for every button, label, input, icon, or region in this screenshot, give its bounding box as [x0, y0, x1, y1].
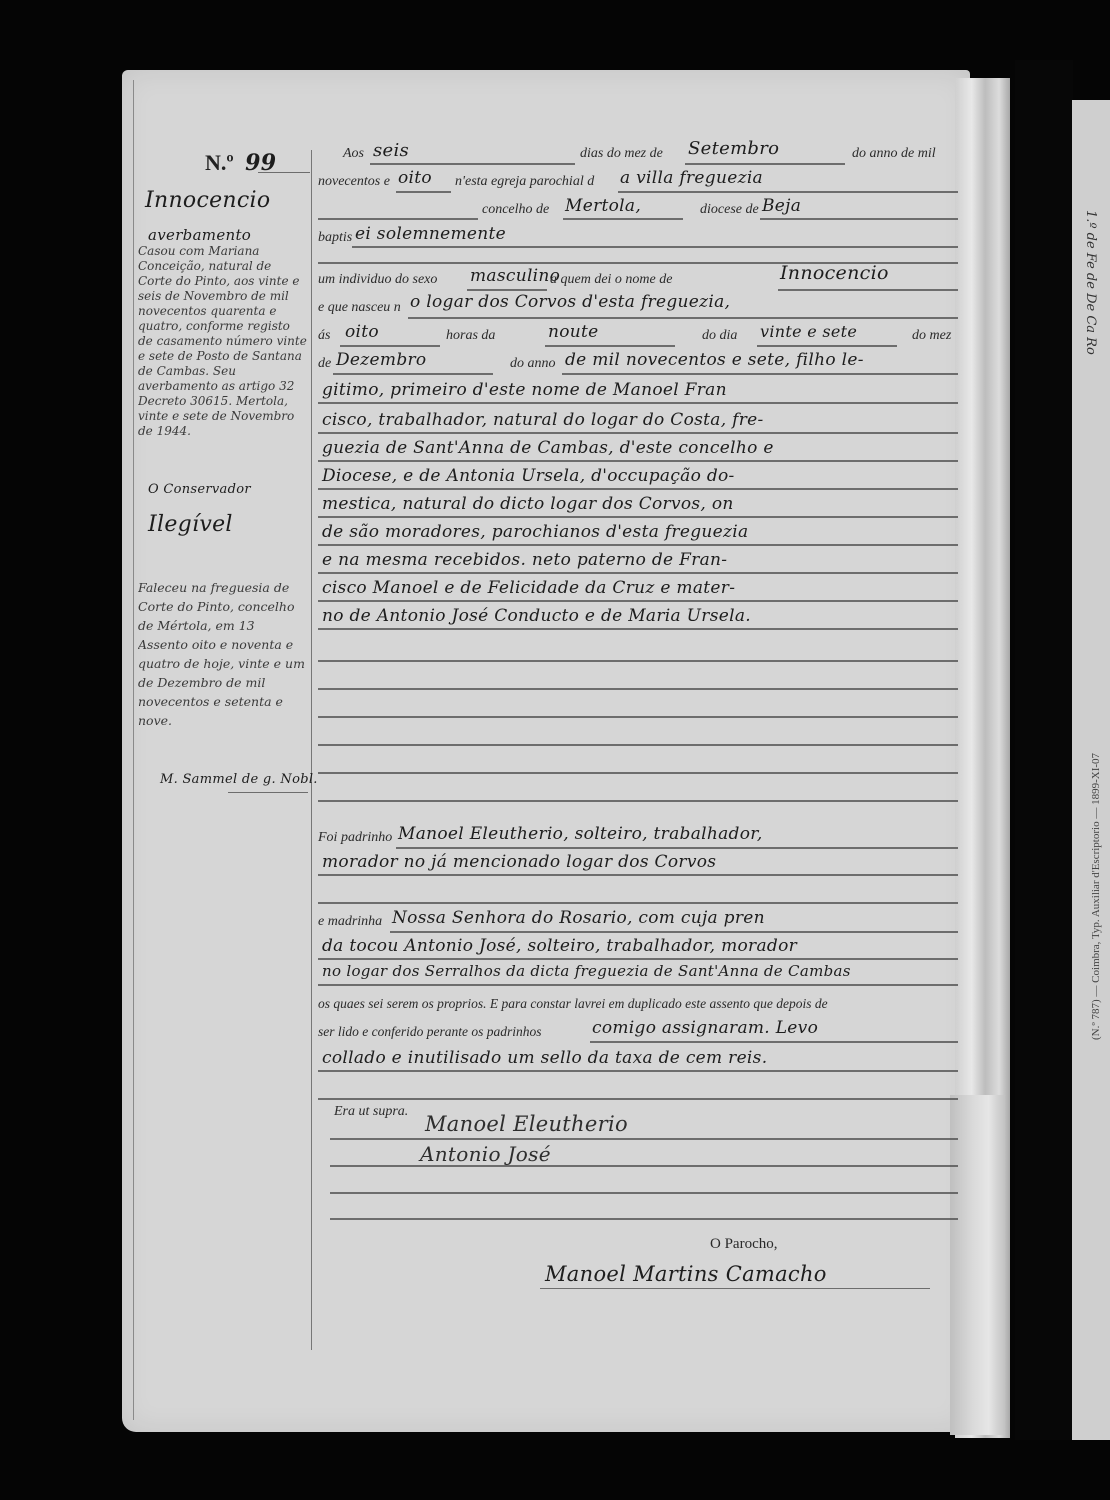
madrinha-label: e madrinha [318, 914, 382, 930]
printed-text: e que nasceu n [318, 300, 401, 316]
fill-line [563, 218, 683, 220]
handwritten-line: no de Antonio José Conducto e de Maria U… [322, 606, 751, 626]
adjacent-page-handwriting: 1.º de Fe de De Ca Ro [1083, 210, 1098, 355]
fill-line [396, 847, 958, 849]
handwritten-birth-day: vinte e sete [760, 322, 857, 341]
handwritten-parish: a villa freguezia [620, 168, 763, 188]
printed-text: concelho de [482, 202, 549, 218]
fill-line [318, 600, 958, 602]
margin-annotation-signoff: O Conservador [148, 482, 251, 497]
era-ut-supra-label: Era ut supra. [334, 1104, 408, 1120]
empty-line [318, 1098, 958, 1100]
fill-line [352, 246, 958, 248]
fill-line [562, 373, 958, 375]
fill-line [318, 460, 958, 462]
fill-line [318, 874, 958, 876]
signature-line [330, 1218, 958, 1220]
handwritten-year: oito [398, 168, 432, 188]
fill-line [778, 289, 958, 291]
printed-text: do dia [702, 328, 737, 344]
handwritten-municipality: Mertola, [565, 196, 641, 216]
signature-line [330, 1138, 958, 1140]
fill-line [590, 1041, 958, 1043]
handwritten-line: gitimo, primeiro d'este nome de Manoel F… [322, 380, 727, 400]
fill-line [370, 163, 575, 165]
fill-line [760, 218, 958, 220]
handwritten-line: guezia de Sant'Anna de Cambas, d'este co… [322, 438, 774, 458]
empty-line [318, 716, 958, 718]
margin-signature-underline [228, 792, 308, 793]
handwritten-month: Setembro [688, 138, 779, 159]
closing-printed-line: os quaes sei serem os proprios. E para c… [318, 996, 828, 1012]
torn-stub-edge [950, 1095, 1005, 1435]
signature-proxy: Antonio José [420, 1142, 551, 1166]
padrinho-label: Foi padrinho [318, 830, 392, 846]
fill-line [318, 1070, 958, 1072]
handwritten-signed-with: comigo assignaram. Levo [592, 1018, 818, 1038]
printed-text: diocese de [700, 202, 759, 218]
fill-line [467, 289, 547, 291]
book-gutter [1015, 60, 1073, 1440]
margin-death-annotation: Faleceu na freguesia de Corte do Pinto, … [138, 578, 308, 753]
signature-padrinho: Manoel Eleutherio [425, 1112, 628, 1136]
handwritten-line: cisco, trabalhador, natural do logar do … [322, 410, 764, 430]
fill-line [318, 432, 958, 434]
fill-line [618, 191, 958, 193]
printed-text: a quem dei o nome de [550, 272, 672, 288]
madrinha-proxy-residence: no logar dos Serralhos da dicta freguezi… [322, 962, 851, 980]
fill-line [318, 572, 958, 574]
signature-line [330, 1165, 958, 1167]
handwritten-line: de são moradores, parochianos d'esta fre… [322, 522, 748, 542]
margin-baptized-name: Innocencio [145, 188, 270, 213]
printed-text: horas da [446, 328, 495, 344]
fill-line [318, 218, 478, 220]
empty-line [318, 688, 958, 690]
handwritten-birthplace: o logar dos Corvos d'esta freguezia, [410, 292, 730, 312]
margin-annotation-title: averbamento [148, 226, 251, 244]
printed-text: do anno [510, 356, 556, 372]
fill-line [396, 191, 451, 193]
handwritten-line: e na mesma recebidos. neto paterno de Fr… [322, 550, 727, 570]
handwritten-time-of-day: noute [548, 322, 599, 342]
printed-text: Aos [343, 146, 364, 162]
fill-line [340, 345, 440, 347]
parocho-label: O Parocho, [710, 1236, 778, 1253]
fill-line [318, 958, 958, 960]
handwritten-line: cisco Manoel e de Felicidade da Cruz e m… [322, 578, 735, 598]
fill-line [545, 345, 675, 347]
empty-line [318, 772, 958, 774]
empty-line [318, 744, 958, 746]
handwritten-hour: oito [345, 322, 379, 342]
fill-line [390, 931, 958, 933]
printed-text: dias do mez de [580, 146, 663, 162]
fill-line [408, 317, 958, 319]
fill-line [318, 544, 958, 546]
margin-annotation-signature: Ilegível [148, 512, 233, 537]
fill-line [333, 373, 493, 375]
printed-text: do anno de mil [852, 146, 936, 162]
fill-line [318, 516, 958, 518]
empty-line [318, 660, 958, 662]
page-border-rule [133, 80, 134, 1420]
handwritten-line: mestica, natural do dicto logar dos Corv… [322, 494, 734, 514]
handwritten-day: seis [373, 140, 409, 161]
signature-line [540, 1288, 930, 1289]
fill-line [685, 163, 845, 165]
closing-printed-line: ser lido e conferido perante os padrinho… [318, 1024, 541, 1040]
handwritten-birth-month: Dezembro [336, 350, 426, 370]
handwritten-line: Diocese, e de Antonia Ursela, d'occupaçã… [322, 466, 735, 486]
handwritten-diocese: Beja [762, 196, 801, 216]
entry-number-label: N.º [205, 150, 234, 175]
fill-line [318, 902, 958, 904]
fill-line [318, 984, 958, 986]
signature-parocho: Manoel Martins Camacho [545, 1262, 827, 1286]
entry-number-underline [258, 172, 310, 173]
printed-text: novecentos e [318, 174, 390, 190]
printed-text: ás [318, 328, 330, 344]
madrinha-proxy: da tocou Antonio José, solteiro, trabalh… [322, 936, 797, 956]
handwritten-birth-year: de mil novecentos e sete, filho le- [565, 350, 864, 370]
printed-text: baptis [318, 230, 352, 246]
printed-text: de [318, 356, 331, 372]
margin-marriage-annotation: Casou com Mariana Conceição, natural de … [138, 244, 308, 464]
margin-death-signature: M. Sammel de g. Nobl. [160, 772, 318, 787]
printed-text: do mez [912, 328, 951, 344]
handwritten-given-name: Innocencio [780, 262, 889, 284]
empty-line [318, 800, 958, 802]
fill-line [318, 628, 958, 630]
printer-imprint: (N.º 787) — Coimbra, Typ. Auxiliar d'Esc… [1090, 753, 1102, 1040]
padrinho-residence: morador no já mencionado logar dos Corvo… [322, 852, 716, 872]
fill-line [757, 345, 897, 347]
printed-text: um individuo do sexo [318, 272, 437, 288]
fill-line [318, 402, 958, 404]
handwritten-sex: masculino [470, 266, 560, 286]
fill-line [318, 488, 958, 490]
printed-text: n'esta egreja parochial d [455, 174, 594, 190]
handwritten-stamp-note: collado e inutilisado um sello da taxa d… [322, 1048, 767, 1068]
margin-column-rule [311, 150, 312, 1350]
handwritten-baptism-type: ei solemnemente [355, 224, 506, 244]
madrinha-value: Nossa Senhora do Rosario, com cuja pren [392, 908, 765, 928]
padrinho-value: Manoel Eleutherio, solteiro, trabalhador… [398, 824, 763, 844]
signature-line [330, 1192, 958, 1194]
